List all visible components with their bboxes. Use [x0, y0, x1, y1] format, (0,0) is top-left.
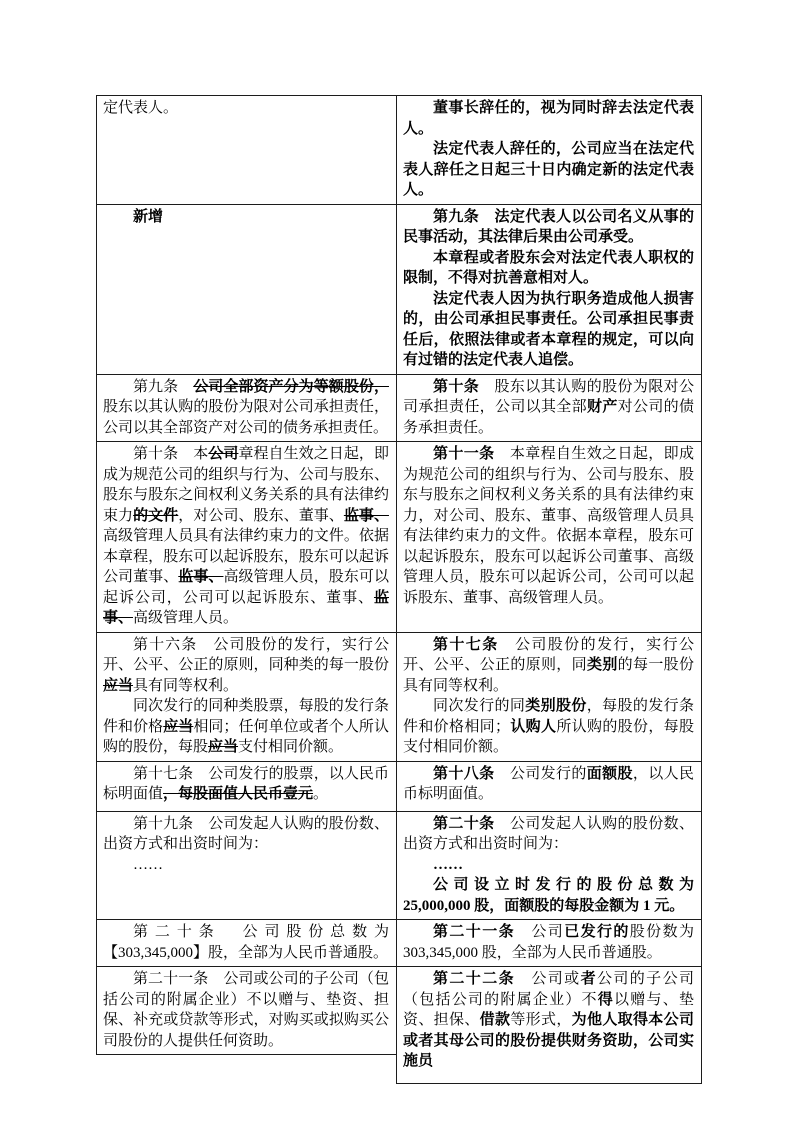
deleted-text: 的文件	[133, 508, 178, 524]
deleted-text: 应当	[208, 739, 238, 755]
clause-paragraph: 法定代表人因为执行职务造成他人损害的，由公司承担民事责任。公司承担民事责任后，依…	[403, 289, 694, 371]
body-text: 本章程自生效之日起，即成为规范公司的组织与行为、公司与股东、股东与股东之间权利义…	[403, 446, 694, 606]
clause-paragraph: 董事长辞任的，视为同时辞去法定代表人。	[403, 98, 694, 139]
old-clause-cell: 定代表人。	[96, 96, 396, 205]
body-text: 第九条	[133, 379, 193, 395]
body-text: 股东以其认购的股份为限对公司承担责任，公司以其全部资产对公司的债务承担责任。	[103, 399, 389, 436]
body-text: 第十六条 公司股份的发行，实行公开、公平、公正的原则，同种类的每一股份	[103, 637, 389, 674]
old-clause-cell: 第二十一条 公司或公司的子公司（包括公司的附属企业）不以赠与、垫资、担保、补充或…	[96, 967, 396, 1055]
clause-paragraph: 第九条 公司全部资产分为等额股份，股东以其认购的股份为限对公司承担责任，公司以其…	[103, 377, 389, 439]
emphasis-text: 本章程或者股东会对法定代表人职权的限制，不得对抗善意相对人。	[403, 250, 694, 287]
body-text: 等形式，	[510, 1012, 571, 1028]
deleted-text: 公司	[208, 446, 238, 462]
table-row: 第十六条 公司股份的发行，实行公开、公平、公正的原则，同种类的每一股份应当具有同…	[96, 633, 702, 762]
body-text: 支付相同价额。	[238, 739, 343, 755]
table-row: 第二十一条 公司或公司的子公司（包括公司的附属企业）不以赠与、垫资、担保、补充或…	[96, 967, 702, 1084]
old-clause-cell: 第十条 本公司章程自生效之日起，即成为规范公司的组织与行为、公司与股东、股东与股…	[96, 442, 396, 633]
emphasis-text: 已发行的	[564, 924, 630, 940]
clause-paragraph: ……	[403, 855, 694, 876]
clause-paragraph: 同次发行的同类别股份，每股的发行条件和价格相同；认购人所认购的股份，每股支付相同…	[403, 696, 694, 758]
emphasis-text: 认购人	[510, 719, 556, 735]
emphasis-text: 者	[581, 971, 597, 987]
table-row: 第十九条 公司发起人认购的股份数、出资方式和出资时间为：……第二十条 公司发起人…	[96, 812, 702, 921]
table-row: 第二十条 公司股份总数为【303,345,000】股，全部为人民币普通股。第二十…	[96, 920, 702, 967]
clause-paragraph: 第二十一条 公司已发行的股份数为 303,345,000 股，全部为人民币普通股…	[403, 922, 694, 963]
clause-paragraph: 第二十二条 公司或者公司的子公司（包括公司的附属企业）不得以赠与、垫资、担保、借…	[403, 969, 694, 1072]
clause-paragraph: 法定代表人辞任的，公司应当在法定代表人辞任之日起三十日内确定新的法定代表人。	[403, 139, 694, 201]
old-clause-cell: 第九条 公司全部资产分为等额股份，股东以其认购的股份为限对公司承担责任，公司以其…	[96, 375, 396, 443]
table-row: 定代表人。董事长辞任的，视为同时辞去法定代表人。法定代表人辞任的，公司应当在法定…	[96, 96, 702, 205]
table-row: 新增第九条 法定代表人以公司名义从事的民事活动，其法律后果由公司承受。本章程或者…	[96, 205, 702, 375]
table-row: 第九条 公司全部资产分为等额股份，股东以其认购的股份为限对公司承担责任，公司以其…	[96, 375, 702, 443]
emphasis-text: 类别股份	[525, 698, 587, 714]
comparison-table: 定代表人。董事长辞任的，视为同时辞去法定代表人。法定代表人辞任的，公司应当在法定…	[96, 95, 702, 1084]
body-text: 。	[313, 786, 328, 802]
deleted-text: 应当	[103, 678, 133, 694]
clause-paragraph: 第十七条 公司发行的股票，以人民币标明面值，每股面值人民币壹元。	[103, 764, 389, 805]
emphasis-text: 得	[598, 992, 614, 1008]
clause-paragraph: 第二十条 公司股份总数为【303,345,000】股，全部为人民币普通股。	[103, 922, 389, 963]
emphasis-text: 类别	[587, 657, 618, 673]
deleted-text: ，每股面值人民币壹元	[163, 786, 313, 802]
deleted-text: 监事、	[178, 569, 223, 585]
new-clause-cell: 第十八条 公司发行的面额股，以人民币标明面值。	[396, 762, 702, 812]
old-clause-cell: 第十六条 公司股份的发行，实行公开、公平、公正的原则，同种类的每一股份应当具有同…	[96, 633, 396, 762]
clause-paragraph: 第十九条 公司发起人认购的股份数、出资方式和出资时间为：	[103, 814, 389, 855]
clause-paragraph: 第十七条 公司股份的发行，实行公开、公平、公正的原则，同类别的每一股份具有同等权…	[403, 635, 694, 697]
clause-paragraph: 公司设立时发行的股份总数为25,000,000 股，面额股的每股金额为 1 元。	[403, 875, 694, 916]
emphasis-text: 第二十条	[433, 816, 495, 832]
emphasis-text: 第十条	[433, 379, 479, 395]
emphasis-text: 财产	[587, 399, 618, 415]
table-row: 第十条 本公司章程自生效之日起，即成为规范公司的组织与行为、公司与股东、股东与股…	[96, 442, 702, 633]
emphasis-text: 公司设立时发行的股份总数为25,000,000 股，面额股的每股金额为 1 元。	[403, 877, 694, 914]
clause-paragraph: 第十条 本公司章程自生效之日起，即成为规范公司的组织与行为、公司与股东、股东与股…	[103, 444, 389, 629]
body-text: ……	[133, 857, 163, 873]
emphasis-text: 第十一条	[433, 446, 495, 462]
body-text: 第二十条 公司股份总数为【303,345,000】股，全部为人民币普通股。	[103, 924, 389, 961]
clause-paragraph: 第十条 股东以其认购的股份为限对公司承担责任，公司以其全部财产对公司的债务承担责…	[403, 377, 694, 439]
new-clause-cell: 第二十一条 公司已发行的股份数为 303,345,000 股，全部为人民币普通股…	[396, 920, 702, 967]
body-text: 第十九条 公司发起人认购的股份数、出资方式和出资时间为：	[103, 816, 389, 853]
clause-paragraph: 定代表人。	[103, 98, 389, 119]
emphasis-text: ……	[433, 857, 463, 873]
clause-paragraph: 第二十一条 公司或公司的子公司（包括公司的附属企业）不以赠与、垫资、担保、补充或…	[103, 969, 389, 1051]
new-clause-cell: 第十七条 公司股份的发行，实行公开、公平、公正的原则，同类别的每一股份具有同等权…	[396, 633, 702, 762]
clause-paragraph: ……	[103, 855, 389, 876]
emphasis-text: 面额股	[587, 766, 633, 782]
old-clause-cell: 新增	[96, 205, 396, 375]
emphasis-text: 董事长辞任的，视为同时辞去法定代表人。	[403, 100, 694, 137]
clause-paragraph: 第十一条 本章程自生效之日起，即成为规范公司的组织与行为、公司与股东、股东与股东…	[403, 444, 694, 608]
body-text: 高级管理人员。	[133, 610, 238, 626]
body-text: 第二十一条 公司或公司的子公司（包括公司的附属企业）不以赠与、垫资、担保、补充或…	[103, 971, 389, 1049]
deleted-text: 应当	[163, 719, 193, 735]
body-text: 公司	[515, 924, 564, 940]
clause-paragraph: 第十六条 公司股份的发行，实行公开、公平、公正的原则，同种类的每一股份应当具有同…	[103, 635, 389, 697]
new-clause-cell: 第十一条 本章程自生效之日起，即成为规范公司的组织与行为、公司与股东、股东与股东…	[396, 442, 702, 633]
new-clause-cell: 第十条 股东以其认购的股份为限对公司承担责任，公司以其全部财产对公司的债务承担责…	[396, 375, 702, 443]
old-clause-cell: 第十七条 公司发行的股票，以人民币标明面值，每股面值人民币壹元。	[96, 762, 396, 812]
old-clause-cell: 第二十条 公司股份总数为【303,345,000】股，全部为人民币普通股。	[96, 920, 396, 967]
clause-paragraph: 本章程或者股东会对法定代表人职权的限制，不得对抗善意相对人。	[403, 248, 694, 289]
body-text: 定代表人。	[103, 100, 178, 116]
body-text: 具有同等权利。	[133, 678, 238, 694]
clause-paragraph: 第十八条 公司发行的面额股，以人民币标明面值。	[403, 764, 694, 805]
new-clause-cell: 董事长辞任的，视为同时辞去法定代表人。法定代表人辞任的，公司应当在法定代表人辞任…	[396, 96, 702, 205]
clause-paragraph: 新增	[103, 207, 389, 228]
deleted-text: 公司全部资产分为等额股份，	[193, 379, 389, 395]
deleted-text: 监事、	[344, 508, 389, 524]
body-text: 公司发行的	[495, 766, 587, 782]
emphasis-text: 第二十一条	[433, 924, 515, 940]
clause-paragraph: 第九条 法定代表人以公司名义从事的民事活动，其法律后果由公司承受。	[403, 207, 694, 248]
body-text: ，对公司、股东、董事、	[178, 508, 344, 524]
emphasis-text: 第十七条	[433, 637, 499, 653]
emphasis-text: 第十八条	[433, 766, 495, 782]
emphasis-text: 新增	[133, 209, 163, 225]
emphasis-text: 借款	[480, 1012, 511, 1028]
new-clause-cell: 第九条 法定代表人以公司名义从事的民事活动，其法律后果由公司承受。本章程或者股东…	[396, 205, 702, 375]
body-text: 第十条 本	[133, 446, 208, 462]
table-row: 第十七条 公司发行的股票，以人民币标明面值，每股面值人民币壹元。第十八条 公司发…	[96, 762, 702, 812]
document-page: 定代表人。董事长辞任的，视为同时辞去法定代表人。法定代表人辞任的，公司应当在法定…	[0, 0, 794, 1122]
emphasis-text: 法定代表人因为执行职务造成他人损害的，由公司承担民事责任。公司承担民事责任后，依…	[403, 291, 694, 369]
emphasis-text: 第二十二条	[433, 971, 515, 987]
old-clause-cell: 第十九条 公司发起人认购的股份数、出资方式和出资时间为：……	[96, 812, 396, 921]
body-text: 公司或	[515, 971, 581, 987]
body-text: 同次发行的同	[433, 698, 525, 714]
emphasis-text: 法定代表人辞任的，公司应当在法定代表人辞任之日起三十日内确定新的法定代表人。	[403, 141, 694, 198]
new-clause-cell: 第二十条 公司发起人认购的股份数、出资方式和出资时间为：……公司设立时发行的股份…	[396, 812, 702, 921]
emphasis-text: 第九条 法定代表人以公司名义从事的民事活动，其法律后果由公司承受。	[403, 209, 694, 246]
clause-paragraph: 第二十条 公司发起人认购的股份数、出资方式和出资时间为：	[403, 814, 694, 855]
new-clause-cell: 第二十二条 公司或者公司的子公司（包括公司的附属企业）不得以赠与、垫资、担保、借…	[396, 967, 702, 1084]
clause-paragraph: 同次发行的同种类股票，每股的发行条件和价格应当相同；任何单位或者个人所认购的股份…	[103, 696, 389, 758]
